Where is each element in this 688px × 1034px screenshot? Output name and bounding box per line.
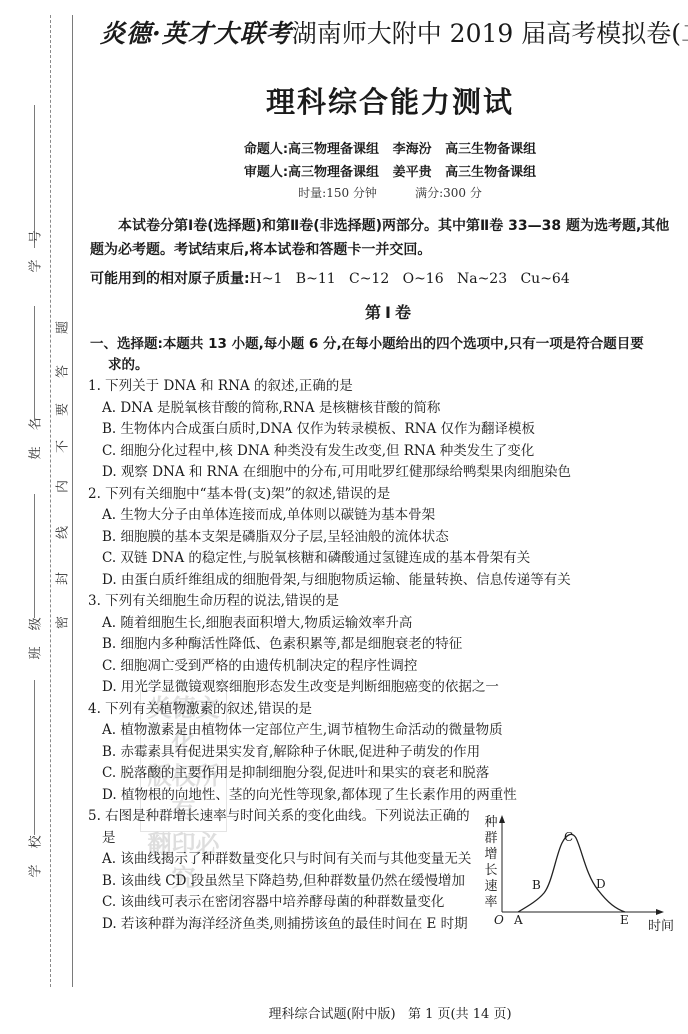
option-b: B. 细胞内多种酶活性降低、色素积累等,都是细胞衰老的特征	[88, 634, 680, 656]
question-stem: 4. 下列有关植物激素的叙述,错误的是	[88, 699, 680, 721]
seal-char: 密	[52, 614, 71, 632]
school-blank[interactable]	[34, 680, 35, 835]
section-instruction-line1: 一、选择题:本题共 13 小题,每小题 6 分,在每小题给出的四个选项中,只有一…	[90, 336, 644, 352]
brand-name: 炎德·英才大联考	[100, 19, 292, 48]
option-d: D. 植物根的向地性、茎的向光性等现象,都体现了生长素作用的两重性	[88, 785, 680, 807]
question-stem: 5. 右图是种群增长速率与时间关系的变化曲线。下列说法正确的是	[88, 806, 483, 849]
seal-char: 封	[52, 570, 71, 588]
class-blank[interactable]	[34, 494, 35, 618]
option-c: C. 脱落酸的主要作用是抑制细胞分裂,促进叶和果实的衰老和脱落	[88, 763, 680, 785]
point-c: C	[564, 830, 573, 844]
atomic-masses: 可能用到的相对原子质量:H~1 B~11 C~12 O~16 Na~23 Cu~…	[90, 268, 680, 288]
section-instruction-line2: 求的。	[90, 355, 680, 376]
atomic-masses-values: H~1 B~11 C~12 O~16 Na~23 Cu~64	[250, 271, 570, 287]
option-c: C. 双链 DNA 的稳定性,与脱氧核糖和磷酸通过氢键连成的基本骨架有关	[88, 548, 680, 570]
seal-char: 线	[52, 524, 71, 542]
section-title: 第Ⅰ卷	[100, 300, 680, 323]
question-4: 4. 下列有关植物激素的叙述,错误的是 A. 植物激素是由植物体一定部位产生,调…	[88, 699, 680, 807]
reviewers-line: 审题人:高三物理备课组 姜平贵 高三生物备课组	[100, 161, 680, 180]
option-b: B. 该曲线 CD 段虽然呈下降趋势,但种群数量仍然在缓慢增加	[88, 871, 483, 893]
figure-y-label: 种群增长速率	[484, 815, 498, 911]
binding-margin: 学 号 姓 名 班 级 学 校 密 封 线 内 不 要 答 题	[0, 0, 80, 1034]
figure-x-label: 时间	[648, 915, 674, 934]
question-1: 1. 下列关于 DNA 和 RNA 的叙述,正确的是 A. DNA 是脱氧核苷酸…	[88, 376, 680, 484]
question-3: 3. 下列有关细胞生命历程的说法,错误的是 A. 随着细胞生长,细胞表面积增大,…	[88, 591, 680, 699]
student-id-label: 学 号	[25, 233, 44, 273]
seal-char: 要	[52, 401, 71, 419]
school-label: 学 校	[25, 838, 44, 878]
setters-line: 命题人:高三物理备课组 李海汾 高三生物备课组	[100, 138, 680, 157]
exam-name: 湖南师大附中 2019 届高考模拟卷(二)	[292, 19, 688, 48]
option-d: D. 由蛋白质纤维组成的细胞骨架,与细胞物质运输、能量转换、信息传递等有关	[88, 570, 680, 592]
total-score: 满分:300 分	[415, 186, 482, 200]
option-d: D. 观察 DNA 和 RNA 在细胞中的分布,可用吡罗红健那绿给鸭梨果肉细胞染…	[88, 462, 680, 484]
page-footer: 理科综合试题(附中版) 第 1 页(共 14 页)	[100, 1003, 680, 1022]
point-e: E	[620, 913, 629, 927]
point-b: B	[532, 878, 541, 892]
option-d: D. 若该种群为海洋经济鱼类,则捕捞该鱼的最佳时间在 E 时期	[88, 914, 483, 936]
section-instruction: 一、选择题:本题共 13 小题,每小题 6 分,在每小题给出的四个选项中,只有一…	[90, 334, 680, 376]
point-d: D	[596, 877, 606, 891]
option-a: A. 植物激素是由植物体一定部位产生,调节植物生命活动的微量物质	[88, 720, 680, 742]
option-c: C. 细胞分化过程中,核 DNA 种类没有发生改变,但 RNA 种类发生了变化	[88, 441, 680, 463]
point-a: A	[514, 913, 523, 927]
option-b: B. 赤霉素具有促进果实发育,解除种子休眠,促进种子萌发的作用	[88, 742, 680, 764]
option-d: D. 用光学显微镜观察细胞形态发生改变是判断细胞癌变的依据之一	[88, 677, 680, 699]
duration: 时量:150 分钟	[298, 186, 377, 200]
name-blank[interactable]	[34, 306, 35, 421]
option-c: C. 该曲线可表示在密闭容器中培养酵母菌的种群数量变化	[88, 892, 483, 914]
question-2: 2. 下列有关细胞中“基本骨(支)架”的叙述,错误的是 A. 生物大分子由单体连…	[88, 484, 680, 592]
seal-char: 题	[52, 319, 71, 337]
option-a: A. DNA 是脱氧核苷酸的简称,RNA 是核糖核苷酸的简称	[88, 398, 680, 420]
seal-char: 不	[52, 438, 71, 456]
page-title: 理科综合能力测试	[100, 80, 680, 121]
growth-rate-figure: 种群增长速率 O A B C D E 时间	[480, 805, 688, 935]
exam-header: 炎德·英才大联考湖南师大附中 2019 届高考模拟卷(二)	[100, 14, 680, 50]
class-label: 班 级	[25, 620, 44, 660]
seal-char: 答	[52, 363, 71, 381]
figure-origin: O	[494, 913, 504, 927]
exam-timing: 时量:150 分钟 满分:300 分	[100, 184, 680, 201]
question-5: 5. 右图是种群增长速率与时间关系的变化曲线。下列说法正确的是 A. 该曲线揭示…	[88, 806, 483, 935]
option-c: C. 细胞凋亡受到严格的由遗传机制决定的程序性调控	[88, 656, 680, 678]
binding-solid-line	[72, 15, 73, 987]
question-stem: 1. 下列关于 DNA 和 RNA 的叙述,正确的是	[88, 376, 680, 398]
name-label: 姓 名	[25, 420, 44, 460]
seal-char: 内	[52, 478, 71, 496]
option-a: A. 该曲线揭示了种群数量变化只与时间有关而与其他变量无关	[88, 849, 483, 871]
question-stem: 2. 下列有关细胞中“基本骨(支)架”的叙述,错误的是	[88, 484, 680, 506]
exam-instructions: 本试卷分第Ⅰ卷(选择题)和第Ⅱ卷(非选择题)两部分。其中第Ⅱ卷 33—38 题为…	[90, 214, 680, 262]
question-stem: 3. 下列有关细胞生命历程的说法,错误的是	[88, 591, 680, 613]
option-b: B. 生物体内合成蛋白质时,DNA 仅作为转录模板、RNA 仅作为翻译模板	[88, 419, 680, 441]
seal-dashed-line	[50, 15, 51, 987]
option-a: A. 生物大分子由单体连接而成,单体则以碳链为基本骨架	[88, 505, 680, 527]
atomic-masses-label: 可能用到的相对原子质量:	[90, 271, 250, 287]
option-a: A. 随着细胞生长,细胞表面积增大,物质运输效率升高	[88, 613, 680, 635]
option-b: B. 细胞膜的基本支架是磷脂双分子层,呈轻油般的流体状态	[88, 527, 680, 549]
